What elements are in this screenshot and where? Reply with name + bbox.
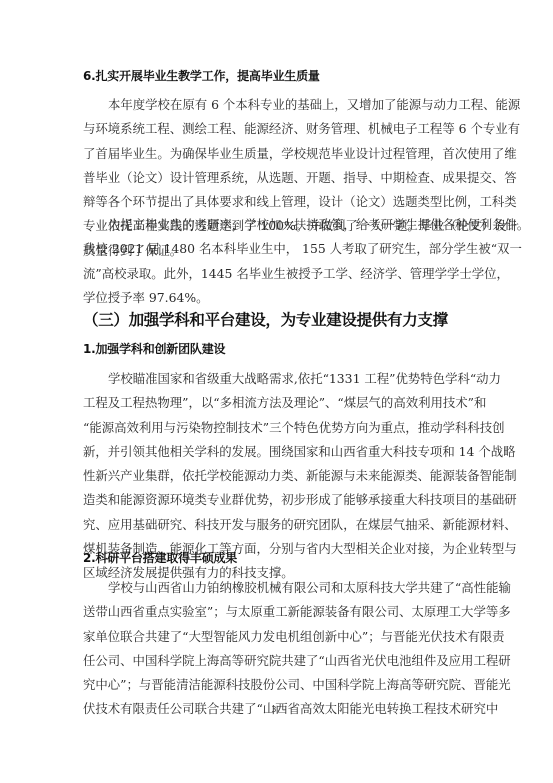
text-line: 性新兴产业集群，依托学校能源动力类、新能源与未来能源类、能源装备智能制 bbox=[83, 464, 473, 488]
text-line: 究中心”；与晋能清洁能源科技股份公司、中国科学院上海高等研究院、晋能光 bbox=[83, 673, 473, 697]
text-line: 我校 2021 届 1480 名本科毕业生中， 155 人考取了研究生，部分学生… bbox=[83, 237, 473, 261]
text-line: 普毕业（论文）设计管理系统，从选题、开题、指导、中期检查、成果提交、答 bbox=[83, 166, 473, 190]
text-line: 新，并引领其他相关学科的发展。围绕国家和山西省重大科技专项和 14 个战略 bbox=[83, 440, 473, 464]
heading-discipline-teams: 1.加强学科和创新团队建设 bbox=[83, 340, 225, 357]
text-line: 究、应用基础研究、科技开发与服务的研究团队，在煤层气抽采、新能源材料、 bbox=[83, 513, 473, 537]
text-line: 辩等各个环节提出了具体要求和线上管理，设计（论文）选题类型比例，工科类 bbox=[83, 190, 473, 214]
heading-graduate-teaching: 6.扎实开展毕业生教学工作，提高毕业生质量 bbox=[83, 67, 320, 84]
text-line: 家单位联合共建了“大型智能风力发电机组创新中心”；与晋能光伏技术有限责 bbox=[83, 625, 473, 649]
text-line: 为提高毕业生的考研率，学校加大扶持政策，给考研学生提供各种便利条件。 bbox=[83, 213, 473, 237]
paragraph-research-platforms: 学校与山西省山力铂纳橡胶机械有限公司和太原科技大学共建了“高性能输 送带山西省重… bbox=[83, 576, 473, 722]
text-line: 学校与山西省山力铂纳橡胶机械有限公司和太原科技大学共建了“高性能输 bbox=[83, 576, 473, 600]
heading-research-platforms: 2.科研平台搭建取得丰硕成果 bbox=[83, 549, 237, 566]
paragraph-postgraduate-rate: 为提高毕业生的考研率，学校加大扶持政策，给考研学生提供各种便利条件。 我校 20… bbox=[83, 213, 473, 310]
page-number: 37 bbox=[0, 705, 553, 714]
text-line: 学位授予率 97.64%。 bbox=[83, 286, 473, 310]
text-line: 送带山西省重点实验室”；与太原重工新能源装备有限公司、太原理工大学等多 bbox=[83, 600, 473, 624]
text-line: 与环境系统工程、测绘工程、能源经济、财务管理、机械电子工程等 6 个专业有 bbox=[83, 117, 473, 141]
text-line: 任公司、中国科学院上海高等研究院共建了“山西省光伏电池组件及应用工程研 bbox=[83, 649, 473, 673]
text-line: “能源高效利用与污染物控制技术”三个特色优势方向为重点，推动学科科技创 bbox=[83, 416, 473, 440]
text-line: 了首届毕业生。为确保毕业生质量，学校规范毕业设计过程管理，首次使用了维 bbox=[83, 142, 473, 166]
section-heading-discipline-platform: （三）加强学科和平台建设，为专业建设提供有力支撑 bbox=[83, 308, 448, 330]
text-line: 学校瞄准国家和省级重大战略需求,依托“1331 工程”优势特色学科“动力 bbox=[83, 367, 473, 391]
text-line: 本年度学校在原有 6 个本科专业的基础上，又增加了能源与动力工程、能源 bbox=[83, 93, 473, 117]
text-line: 造类和能源资源环境类专业群优势，初步形成了能够承接重大科技项目的基础研 bbox=[83, 488, 473, 512]
document-page: 6.扎实开展毕业生教学工作，提高毕业生质量 本年度学校在原有 6 个本科专业的基… bbox=[0, 0, 553, 783]
text-line: 流”高校录取。此外，1445 名毕业生被授予工学、经济学、管理学学士学位， bbox=[83, 262, 473, 286]
text-line: 工程及工程热物理”，以“多相流方法及理论”、“煤层气的高效利用技术”和 bbox=[83, 391, 473, 415]
